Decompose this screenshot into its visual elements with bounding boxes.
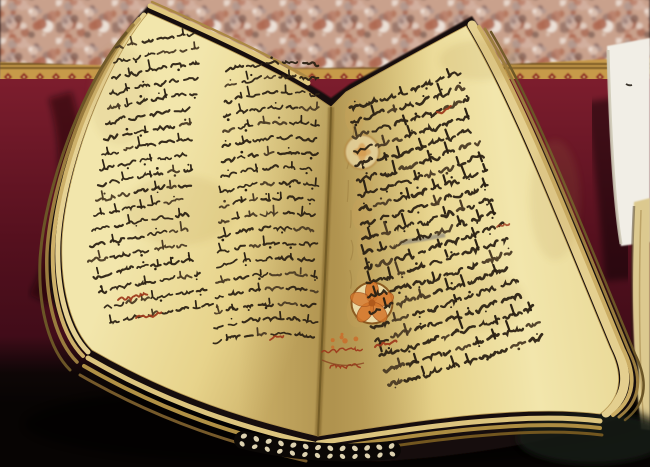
script-dot bbox=[281, 231, 283, 233]
script-dot bbox=[140, 134, 142, 136]
ornament-dot bbox=[340, 335, 344, 339]
manuscript-photo bbox=[0, 0, 650, 467]
script-dot bbox=[400, 192, 403, 195]
script-dot bbox=[354, 101, 356, 103]
script-dot bbox=[305, 172, 307, 174]
script-ascender bbox=[227, 335, 228, 340]
script-ascender bbox=[302, 207, 303, 214]
script-dot bbox=[416, 186, 418, 188]
script-dot bbox=[395, 387, 397, 389]
script-dot bbox=[142, 81, 144, 83]
script-ascender bbox=[150, 171, 151, 177]
script-word bbox=[245, 335, 253, 336]
script-word bbox=[190, 94, 197, 95]
script-dot bbox=[173, 196, 175, 198]
script-dot bbox=[155, 228, 157, 230]
ornament-dot bbox=[354, 337, 359, 342]
script-word bbox=[190, 63, 199, 65]
script-ascender bbox=[269, 299, 270, 304]
script-dot bbox=[127, 167, 129, 169]
ornament-dot bbox=[331, 346, 334, 349]
script-dot bbox=[408, 350, 410, 352]
script-ascender bbox=[145, 126, 146, 131]
script-ascender bbox=[308, 315, 309, 321]
script-dot bbox=[135, 61, 137, 63]
script-dot bbox=[368, 261, 370, 263]
ornament-dot bbox=[331, 338, 335, 342]
script-dot bbox=[177, 68, 180, 71]
script-dot bbox=[418, 286, 420, 288]
script-dot bbox=[401, 276, 403, 278]
script-dot bbox=[194, 97, 196, 99]
script-ascender bbox=[152, 291, 153, 296]
script-ascender bbox=[258, 283, 259, 290]
script-dot bbox=[363, 202, 365, 204]
script-dot bbox=[289, 246, 292, 249]
script-dot bbox=[388, 347, 390, 349]
script-dot bbox=[227, 118, 230, 121]
script-ascender bbox=[180, 272, 181, 277]
script-ascender bbox=[152, 309, 153, 314]
script-ascender bbox=[268, 147, 269, 153]
script-ascender bbox=[237, 212, 238, 217]
script-dot bbox=[476, 222, 478, 224]
script-dot bbox=[196, 278, 198, 280]
script-dot bbox=[188, 255, 190, 257]
script-dot bbox=[144, 163, 146, 165]
script-dot bbox=[417, 211, 419, 213]
script-ascender bbox=[189, 253, 190, 261]
script-ascender bbox=[157, 260, 158, 265]
script-dot bbox=[100, 285, 103, 288]
script-dot bbox=[225, 140, 227, 142]
script-dot bbox=[248, 309, 250, 311]
script-dot bbox=[184, 119, 186, 121]
script-dot bbox=[157, 191, 159, 193]
script-ascender bbox=[196, 301, 197, 307]
script-word bbox=[382, 232, 390, 234]
script-dot bbox=[398, 291, 401, 294]
script-ascender bbox=[241, 197, 242, 202]
script-dot bbox=[459, 82, 461, 84]
script-ascender bbox=[247, 120, 248, 126]
script-dot bbox=[160, 299, 162, 301]
script-dot bbox=[314, 279, 316, 281]
script-ascender bbox=[183, 29, 184, 35]
script-dot bbox=[517, 348, 520, 351]
ornament-dot bbox=[342, 338, 347, 343]
script-ascender bbox=[314, 271, 315, 276]
script-dot bbox=[486, 204, 488, 206]
script-ascender bbox=[263, 117, 264, 123]
script-dot bbox=[450, 140, 452, 142]
script-dot bbox=[508, 248, 510, 250]
script-dot bbox=[269, 246, 272, 249]
script-dot bbox=[231, 318, 233, 320]
script-dot bbox=[245, 129, 248, 132]
script-dot bbox=[451, 282, 453, 284]
script-dot bbox=[414, 112, 417, 115]
script-dot bbox=[354, 124, 357, 127]
script-ascender bbox=[273, 206, 274, 214]
script-ascender bbox=[112, 235, 113, 241]
script-dot bbox=[158, 92, 160, 94]
script-dot bbox=[221, 239, 224, 242]
script-dot bbox=[174, 174, 177, 177]
script-ascender bbox=[280, 312, 281, 319]
photo-stage bbox=[0, 0, 650, 467]
script-dot bbox=[270, 56, 273, 59]
script-dot bbox=[450, 306, 452, 308]
script-dot bbox=[135, 225, 137, 227]
script-dot bbox=[265, 307, 268, 310]
script-ascender bbox=[263, 236, 264, 243]
script-ascender bbox=[179, 209, 180, 215]
script-dot bbox=[187, 164, 189, 166]
script-dot bbox=[230, 79, 232, 81]
script-ascender bbox=[162, 241, 163, 249]
script-ascender bbox=[241, 93, 242, 98]
script-dot bbox=[103, 193, 105, 195]
script-dot bbox=[431, 116, 433, 118]
ornament-dot bbox=[341, 333, 344, 336]
script-dot bbox=[289, 185, 291, 187]
script-dot bbox=[126, 128, 129, 131]
script-dot bbox=[466, 95, 468, 97]
script-dot bbox=[403, 230, 405, 232]
script-dot bbox=[277, 192, 279, 194]
script-dot bbox=[250, 74, 252, 76]
script-dot bbox=[427, 224, 429, 226]
script-ascender bbox=[253, 194, 254, 200]
script-dot bbox=[411, 129, 413, 131]
script-dot bbox=[491, 217, 493, 219]
script-dot bbox=[278, 116, 280, 118]
script-dot bbox=[380, 197, 382, 199]
script-dot bbox=[450, 176, 452, 178]
script-dot bbox=[430, 153, 432, 155]
script-dot bbox=[419, 141, 421, 143]
script-ascender bbox=[180, 222, 181, 230]
script-dot bbox=[288, 147, 290, 149]
script-dot bbox=[446, 172, 449, 175]
script-dot bbox=[415, 262, 418, 265]
script-dot bbox=[425, 87, 427, 89]
script-dot bbox=[450, 251, 452, 253]
script-ascender bbox=[232, 305, 233, 310]
script-ascender bbox=[170, 181, 171, 187]
rosette-center bbox=[369, 300, 376, 307]
script-ascender bbox=[257, 328, 258, 335]
script-dot bbox=[245, 264, 247, 266]
script-dot bbox=[140, 254, 143, 257]
script-dot bbox=[441, 88, 443, 90]
script-dot bbox=[245, 189, 248, 192]
script-dot bbox=[310, 157, 313, 160]
script-dot bbox=[240, 151, 243, 154]
script-ascender bbox=[394, 105, 396, 111]
script-dot bbox=[418, 172, 421, 175]
script-dot bbox=[468, 178, 470, 180]
script-dot bbox=[422, 95, 424, 97]
script-dot bbox=[489, 233, 491, 235]
script-dot bbox=[386, 191, 388, 193]
script-dot bbox=[405, 295, 407, 297]
script-dot bbox=[265, 193, 267, 195]
stain bbox=[530, 140, 580, 260]
script-ascender bbox=[178, 134, 179, 139]
script-dot bbox=[365, 172, 367, 174]
script-dot bbox=[468, 291, 471, 294]
script-dot bbox=[484, 189, 486, 191]
script-dot bbox=[227, 169, 229, 171]
script-dot bbox=[118, 243, 120, 245]
script-dot bbox=[536, 333, 538, 335]
script-ascender bbox=[171, 258, 172, 264]
script-dot bbox=[485, 310, 487, 312]
script-word bbox=[308, 199, 314, 200]
script-ascender bbox=[289, 70, 290, 77]
script-ascender bbox=[249, 211, 250, 216]
script-dot bbox=[486, 358, 489, 361]
script-dot bbox=[223, 200, 226, 203]
script-dot bbox=[309, 203, 311, 205]
script-ascender bbox=[194, 42, 195, 49]
script-dot bbox=[156, 167, 159, 170]
script-dot bbox=[362, 166, 365, 169]
script-dot bbox=[467, 307, 469, 309]
script-dot bbox=[382, 138, 384, 140]
script-dot bbox=[419, 323, 421, 325]
script-word bbox=[418, 295, 430, 299]
script-dot bbox=[478, 345, 480, 347]
script-dot bbox=[142, 261, 144, 263]
script-dot bbox=[139, 95, 142, 98]
script-ascender bbox=[128, 68, 129, 73]
script-dot bbox=[419, 316, 421, 318]
script-ascender bbox=[173, 165, 174, 171]
script-dot bbox=[216, 306, 219, 309]
script-ascender bbox=[316, 178, 317, 184]
script-word bbox=[244, 305, 252, 307]
script-dot bbox=[171, 257, 173, 259]
script-dot bbox=[154, 268, 157, 271]
script-dot bbox=[311, 188, 313, 190]
script-dot bbox=[200, 294, 202, 296]
script-dot bbox=[275, 102, 277, 104]
script-dot bbox=[258, 278, 261, 281]
script-ascender bbox=[190, 119, 191, 125]
